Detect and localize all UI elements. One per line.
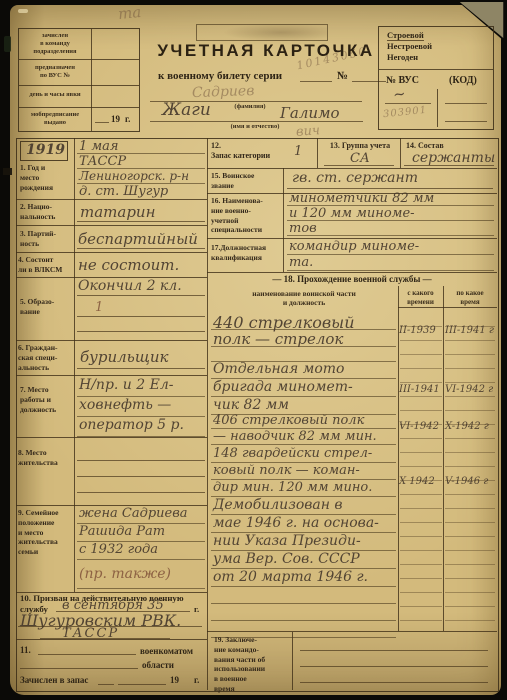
vus-rule (385, 103, 431, 104)
fitness-option-stroyevoy: Строевой (387, 30, 424, 41)
f6-value: бурильщик (80, 348, 168, 366)
f2-rule (77, 221, 205, 222)
f7-line: ховнефть — (77, 397, 205, 417)
first-name-handwriting: Жаги (162, 100, 211, 120)
mob-box: зачислен в команду подразделения предназ… (18, 28, 140, 132)
f16-label: 16. Наименова- ние военно- учетной специ… (211, 196, 281, 235)
f19-label-divider (292, 632, 293, 690)
f1-line: 1 мая (77, 139, 205, 154)
f11-line3a: Зачислен в запас (20, 675, 88, 686)
service-date-from: II-1939 (399, 325, 436, 336)
pencil-note: та (117, 3, 142, 23)
f15-value: гв. ст. сержант (292, 170, 418, 186)
row-line (16, 252, 207, 253)
f19-rule (300, 666, 488, 667)
f11-number: 11. (20, 645, 31, 656)
f13-label: 13. Группа учета (321, 141, 399, 151)
f11-rule1 (38, 654, 136, 655)
row-line (207, 272, 497, 273)
f14-rule (404, 165, 494, 166)
f9-label: 9. Семейное положение и место жительства… (18, 508, 76, 557)
row-line (16, 199, 207, 200)
f12-value: 1 (294, 144, 302, 159)
f11-rule4 (118, 684, 166, 685)
f5-label: 5. Образо- вание (20, 297, 74, 317)
f6-label: 6. Граждан- ская специ- альность (18, 343, 78, 372)
service-row: Отдельная мото бригада миномет- чик 82 м… (211, 361, 396, 415)
f5-line2: 1 (95, 300, 103, 315)
f1-label: 1. Год и место рождения (20, 163, 74, 192)
f9-line: Рашида Рат (77, 524, 205, 542)
f2-value: татарин (80, 203, 155, 221)
col14-divider (400, 138, 401, 168)
main-center-divider (207, 138, 208, 690)
f10-rule3 (40, 638, 170, 639)
f4-label: 4. Состоит ли в ВЛКСМ (18, 255, 76, 275)
fitness-inner-divider (437, 89, 438, 127)
service-date-from: III-1941 (399, 384, 440, 395)
f10-suffix: г. (194, 604, 199, 615)
f8-rule (77, 492, 205, 493)
service-date-to: III-1941 г (445, 325, 494, 336)
blank-rule (211, 604, 396, 621)
f9-line: (пр. также) (77, 560, 205, 589)
mob-row1-label: зачислен в команду подразделения (20, 32, 90, 56)
f5-rule (77, 295, 205, 296)
mob-row2-label: предназначен по ВУС № (20, 64, 90, 80)
service-entry-line: полк — стрелок (211, 330, 396, 347)
service-row: 148 гвардейски стрел- ковый полк — коман… (211, 446, 396, 497)
f11-line3c: г. (194, 675, 199, 686)
scan-artifact (4, 36, 11, 52)
scan-artifact (3, 168, 12, 175)
f17-line: та. (287, 255, 494, 271)
mob-box-line (19, 107, 139, 108)
vus-scribble-handwriting: ~ (392, 84, 407, 104)
service-entry-line: дир мин. 120 мм мино. (211, 480, 396, 497)
code-rule-2 (445, 121, 487, 122)
card-title: УЧЕТНАЯ КАРТОЧКА (148, 42, 384, 61)
service-date-to: VI-1942 г (445, 384, 493, 395)
f17-label: 17.Должностная квалификация (211, 243, 287, 263)
mob-row4-label: мобпредписание выдано (20, 111, 90, 127)
f1-line: ТАССР (77, 154, 205, 169)
blank-rule (211, 587, 396, 604)
f13-value: СА (350, 151, 370, 166)
f8-rule (77, 460, 205, 461)
f3-label: 3. Партий- ность (20, 229, 74, 249)
mob-row3-label: день и часы явки (20, 91, 90, 99)
scanned-card: та 10143050 зачислен в команду подраздел… (0, 0, 507, 700)
service-entry-line: ковый полк — коман- (211, 463, 396, 480)
f4-value: не состоит. (78, 256, 179, 274)
f17-value: командир миноме- та. (287, 239, 494, 271)
f5-rule (77, 316, 205, 317)
f19-rule (300, 650, 488, 651)
f11-rule2 (20, 668, 138, 669)
birth-year-handwriting: 1919 (26, 142, 65, 158)
f15-label: 15. Воинское звание (211, 171, 281, 191)
service-entry-line: бригада миномет- (211, 379, 396, 397)
service-date-to: V-1946 г (445, 476, 488, 487)
service-entry-line (211, 347, 396, 362)
f7-line: оператор 5 р. (77, 417, 205, 437)
service-date-from: VI-1942 (399, 421, 439, 432)
row-line (16, 340, 207, 341)
f8-rule (77, 476, 205, 477)
date-to-divider (443, 286, 444, 631)
f16-line: и 120 мм миноме- (287, 206, 494, 221)
f17-line: командир миноме- (287, 239, 494, 255)
f1-line: Лениногорск. р-н (77, 169, 205, 184)
f1-line: д. ст. Шугур (77, 184, 205, 198)
service-date-to: X-1942 г (445, 421, 489, 432)
service-date-from: X 1942 (399, 476, 435, 487)
f3-value: беспартийный (78, 230, 198, 248)
fitness-box: Строевой Нестроевой Негоден № ВУС (КОД) … (378, 26, 494, 130)
f11-word2: области (142, 660, 174, 671)
row-line (16, 375, 207, 376)
vus-number-handwriting: 303901 (383, 105, 428, 121)
service-entry-line: Демобилизован в (211, 497, 396, 515)
service-col-unit: наименование воинской части и должность (214, 289, 394, 308)
row-line (398, 307, 497, 308)
f9-line: жена Садриева (77, 506, 205, 524)
mob-box-line (19, 59, 139, 60)
f1-value: 1 мая ТАССР Лениногорск. р-н д. ст. Шугу… (77, 139, 205, 198)
service-col-to: по какое время (444, 289, 496, 307)
service-entry-line: — наводчик 82 мм мин. (211, 429, 396, 445)
fitness-option-nestroyevoy: Нестроевой (387, 41, 432, 51)
f9-line: с 1932 года (77, 542, 205, 560)
date-from-divider (398, 286, 399, 631)
service-row: 406 стрелковый полк — наводчик 82 мм мин… (211, 413, 396, 445)
service-row: 440 стрелковый полк — стрелок (211, 313, 396, 362)
f2-label: 2. Нацио- нальность (20, 202, 74, 222)
f9-value: жена Садриева Рашида Рат с 1932 года (пр… (77, 506, 205, 589)
card-subtitle: к военному билету серии (158, 70, 282, 83)
service-entry-line: мае 1946 г. на основа- (211, 515, 396, 533)
f3-rule (77, 248, 205, 249)
mob-box-divider (91, 29, 92, 131)
f7-line: Н/пр. и 2 Ел- (77, 377, 205, 397)
f16-line: минометчики 82 мм (287, 191, 494, 206)
f16-line: тов (287, 221, 494, 236)
f6-rule (77, 368, 205, 369)
f19-label: 19. Заключе- ние командо- вания части об… (214, 635, 290, 694)
row-line (16, 437, 207, 438)
mob-row4-suffix: г. (125, 114, 130, 125)
service-entry-line: 148 гвардейски стрел- (211, 446, 396, 463)
f7-value: Н/пр. и 2 Ел- ховнефть — оператор 5 р. (77, 377, 205, 437)
service-entry-line: 406 стрелковый полк (211, 413, 396, 429)
scan-artifact (18, 9, 28, 13)
patronymic-handwriting: Галимо (280, 104, 340, 122)
f11-line3b: 19 (170, 675, 179, 686)
number-sign: № (337, 70, 348, 83)
f5-rule (77, 331, 205, 332)
service-entry-line: от 20 марта 1946 г. (211, 569, 396, 587)
series-rule (300, 81, 332, 82)
f7-label: 7. Место работы и должность (20, 385, 74, 414)
row-line (16, 225, 207, 226)
f5-line1: Окончил 2 кл. (78, 278, 182, 294)
name-rule (150, 121, 363, 122)
service-entry-line: нии Указа Президи- (211, 533, 396, 551)
f11-word1: военкоматом (140, 646, 193, 657)
birth-year-box: 1919 (20, 141, 68, 161)
f13-rule (324, 165, 394, 166)
code-label: (КОД) (449, 75, 477, 87)
service-entry-line: Отдельная мото (211, 361, 396, 379)
mob-box-line (19, 85, 139, 86)
f8-label: 8. Место жительства (18, 448, 78, 468)
fitness-box-line (379, 69, 493, 70)
series-stamp-box (196, 24, 328, 41)
f15-rule (287, 188, 493, 189)
f14-value: сержанты (412, 150, 495, 166)
row-line (207, 168, 497, 169)
f11-rule3 (98, 684, 114, 685)
f19-rule (300, 682, 488, 683)
date-to-column-rules (445, 313, 495, 629)
col13-divider (317, 138, 318, 168)
service-section-title: — 18. Прохождение военной службы — (207, 274, 497, 285)
fitness-option-negoden: Негоден (387, 52, 418, 62)
code-rule-1 (445, 103, 487, 104)
mob-row4-rule (95, 122, 109, 123)
date-from-column-rules (400, 313, 442, 629)
service-entry-line: 440 стрелковый (211, 313, 396, 330)
f16-value: минометчики 82 мм и 120 мм миноме- тов (287, 191, 494, 236)
mob-row4-year: 19 (111, 114, 120, 125)
surname-handwriting: Садриев (192, 83, 255, 101)
service-row: Демобилизован в мае 1946 г. на основа- н… (211, 497, 396, 638)
service-col-from: с какого времени (399, 289, 442, 307)
service-entry-line: ума Вер. Сов. СССР (211, 551, 396, 569)
